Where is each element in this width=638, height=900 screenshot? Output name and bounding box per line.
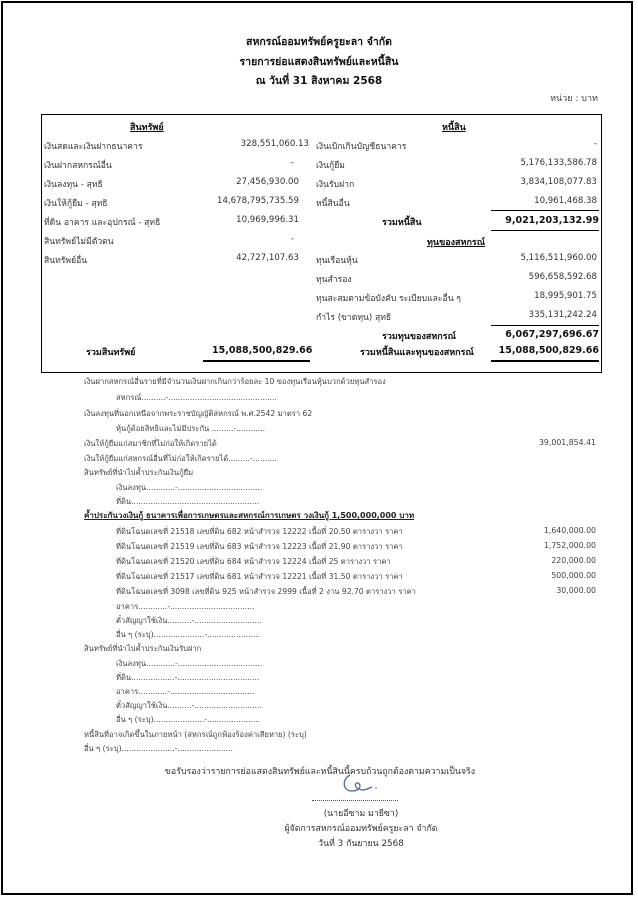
liability-label: เงินรับฝาก — [316, 177, 354, 191]
balance-sheet-table: สินทรัพย์ เงินสดและเงินฝากธนาคาร 328,551… — [41, 114, 602, 373]
liability-label: เงินกู้ยืม — [316, 158, 345, 172]
grand-total-value: 15,088,500,829.66 — [491, 345, 599, 356]
total-assets-value: 15,088,500,829.66 — [212, 345, 309, 356]
total-assets-underline — [203, 360, 310, 362]
asset-value: 27,456,930.00 — [236, 177, 299, 187]
equity-value: 335,131,242.24 — [529, 310, 597, 320]
asset-label: สินทรัพย์ไม่มีตัวตน — [44, 234, 114, 248]
collateral-item-label: ที่ดินโฉนดเลขที่ 21517 เลขที่ดิน 681 หน้… — [116, 571, 403, 583]
note-pledged-other: อื่น ๆ (ระบุ).....................-.....… — [116, 629, 260, 641]
equity-value: 596,658,592.68 — [529, 272, 597, 282]
collateral-item-value: 30,000.00 — [556, 586, 596, 595]
note-investments-outside-act: เงินลงทุนที่นอกเหนือจากพระราชบัญญัติสหกร… — [84, 408, 312, 420]
collateral-item-value: 220,000.00 — [551, 556, 596, 565]
signature-icon — [340, 771, 380, 799]
liability-value: 10,961,468.38 — [534, 196, 597, 206]
collateral-item-value: 500,000.00 — [551, 571, 596, 580]
asset-label: เงินให้กู้ยืม - สุทธิ — [44, 196, 108, 210]
liability-label: เงินเบิกเกินบัญชีธนาคาร — [316, 139, 406, 153]
asset-label: เงินฝากสหกรณ์อื่น — [44, 158, 112, 172]
sign-date: วันที่ 3 กันยายน 2568 — [42, 836, 638, 850]
asset-label: เงินสดและเงินฝากธนาคาร — [44, 139, 142, 153]
note-coop-line: สหกรณ์..........-.......................… — [116, 392, 277, 404]
total-liabilities-label: รวมหนี้สิน — [382, 215, 422, 229]
equity-label: กำไร (ขาดทุน) สุทธิ — [316, 310, 391, 324]
total-assets-label: รวมสินทรัพย์ — [86, 345, 135, 359]
note-other: อื่น ๆ (ระบุ)......................-....… — [84, 743, 233, 755]
note-deposit-pledged-buildings: อาคาร............-......................… — [116, 686, 254, 698]
note-deposit-pledged-notes: ตั๋วสัญญาใช้เงิน..........-.............… — [116, 700, 262, 712]
report-date: ณ วันที่ 31 สิงหาคม 2568 — [0, 72, 638, 89]
collateral-item-label: ที่ดินโฉนดเลขที่ 21520 เลขที่ดิน 684 หน้… — [116, 556, 391, 568]
note-contingent-liabilities: หนี้สินที่อาจเกิดขึ้นในภายหน้า (สหกรณ์ถู… — [84, 729, 307, 741]
liability-value: - — [594, 139, 597, 149]
unit-label: หน่วย : บาท — [550, 91, 598, 105]
equity-value: 18,995,901.75 — [534, 291, 597, 301]
liabilities-heading: หนี้สิน — [442, 120, 466, 134]
signer-title: ผู้จัดการสหกรณ์ออมทรัพย์ครูยะลา จำกัด — [42, 821, 638, 835]
equity-heading: ทุนของสหกรณ์ — [427, 235, 485, 249]
asset-label: ที่ดิน อาคาร และอุปกรณ์ - สุทธิ — [44, 215, 160, 229]
asset-label: สินทรัพย์อื่น — [44, 253, 87, 267]
nonperforming-member-loans-value: 39,001,854.41 — [539, 438, 596, 447]
asset-value: 328,551,060.13 — [241, 139, 309, 149]
certification-statement: ขอรับรองว่ารายการย่อแสดงสินทรัพย์และหนี้… — [40, 764, 600, 778]
asset-value: 10,969,996.31 — [236, 215, 299, 225]
note-pledged-assets-deposits: สินทรัพย์ที่นำไปค้ำประกันเงินรับฝาก — [84, 643, 201, 655]
org-name: สหกรณ์ออมทรัพย์ครูยะลา จำกัด — [0, 33, 638, 50]
note-pledged-investments: เงินลงทุน............-..................… — [116, 482, 262, 494]
collateral-item-label: ที่ดินโฉนดเลขที่ 21519 เลขที่ดิน 683 หน้… — [116, 541, 403, 553]
report-title: รายการย่อแสดงสินทรัพย์และหนี้สิน — [0, 53, 638, 70]
collateral-item-label: ที่ดินโฉนดเลขที่ 21518 เลขที่ดิน 682 หน้… — [116, 526, 403, 538]
liabilities-subtotal-line — [491, 210, 599, 211]
note-deposit-pledged-investments: เงินลงทุน............-..................… — [116, 658, 262, 670]
collateral-item-value: 1,752,000.00 — [544, 541, 596, 550]
asset-value: - — [291, 234, 294, 244]
note-subordinated-bonds: หุ้นกู้ด้อยสิทธิและไม่มีประกัน .........… — [116, 423, 265, 435]
asset-value: 42,727,107.63 — [236, 253, 299, 263]
grand-total-underline — [491, 360, 599, 362]
equity-subtotal-line — [491, 325, 599, 326]
collateral-heading: ค้ำประกันวงเงินกู้ ธนาคารเพื่อการเกษตรแล… — [84, 509, 414, 522]
equity-value: 5,116,511,960.00 — [520, 253, 597, 263]
equity-label: ทุนสำรอง — [316, 272, 352, 286]
equity-label: ทุนสะสมตามข้อบังคับ ระเบียบและอื่น ๆ — [316, 291, 461, 305]
total-equity-value: 6,067,297,696.67 — [491, 329, 599, 340]
asset-value: - — [291, 158, 294, 168]
asset-label: เงินลงทุน - สุทธิ — [44, 177, 103, 191]
note-deposits-other-coops: เงินฝากสหกรณ์อื่นรายที่มีจำนวนเงินฝากเกิ… — [84, 376, 386, 388]
total-liabilities-value: 9,021,203,132.99 — [491, 215, 599, 226]
note-deposit-pledged-land: ที่ดิน..................-...............… — [116, 672, 259, 684]
asset-value: 14,678,795,735.59 — [217, 196, 299, 206]
note-pledged-buildings: อาคาร............-......................… — [116, 601, 254, 613]
liabilities-total-underline — [491, 230, 599, 231]
signer-name: (นายอีซาม มายีซา) — [42, 806, 638, 820]
equity-label: ทุนเรือนหุ้น — [316, 253, 358, 267]
liability-value: 5,176,133,586.78 — [520, 158, 597, 168]
note-pledged-promissory-notes: ตั๋วสัญญาใช้เงิน..........-.............… — [116, 615, 262, 627]
liability-value: 3,834,108,077.83 — [520, 177, 597, 187]
note-deposit-pledged-other: อื่น ๆ (ระบุ).....................-.....… — [116, 714, 260, 726]
signature-line — [312, 800, 398, 801]
collateral-item-label: ที่ดินโฉนดเลขที่ 3098 เลขที่ดิน 925 หน้า… — [116, 586, 416, 598]
note-pledged-land: ที่ดิน..................................… — [116, 496, 259, 508]
assets-heading: สินทรัพย์ — [130, 120, 164, 134]
collateral-item-value: 1,640,000.00 — [544, 526, 596, 535]
liability-label: หนี้สินอื่น — [316, 196, 350, 210]
total-equity-label: รวมทุนของสหกรณ์ — [382, 329, 456, 343]
note-nonperforming-member-loans: เงินให้กู้ยืมแก่สมาชิกที่ไม่ก่อให้เกิดรา… — [84, 438, 217, 450]
note-nonperforming-coop-loans: เงินให้กู้ยืมแก่สหกรณ์อื่นที่ไม่ก่อให้เก… — [84, 453, 277, 465]
note-pledged-assets-borrowings: สินทรัพย์ที่นำไปค้ำประกันเงินกู้ยืม — [84, 467, 193, 479]
grand-total-label: รวมหนี้สินและทุนของสหกรณ์ — [360, 345, 474, 359]
